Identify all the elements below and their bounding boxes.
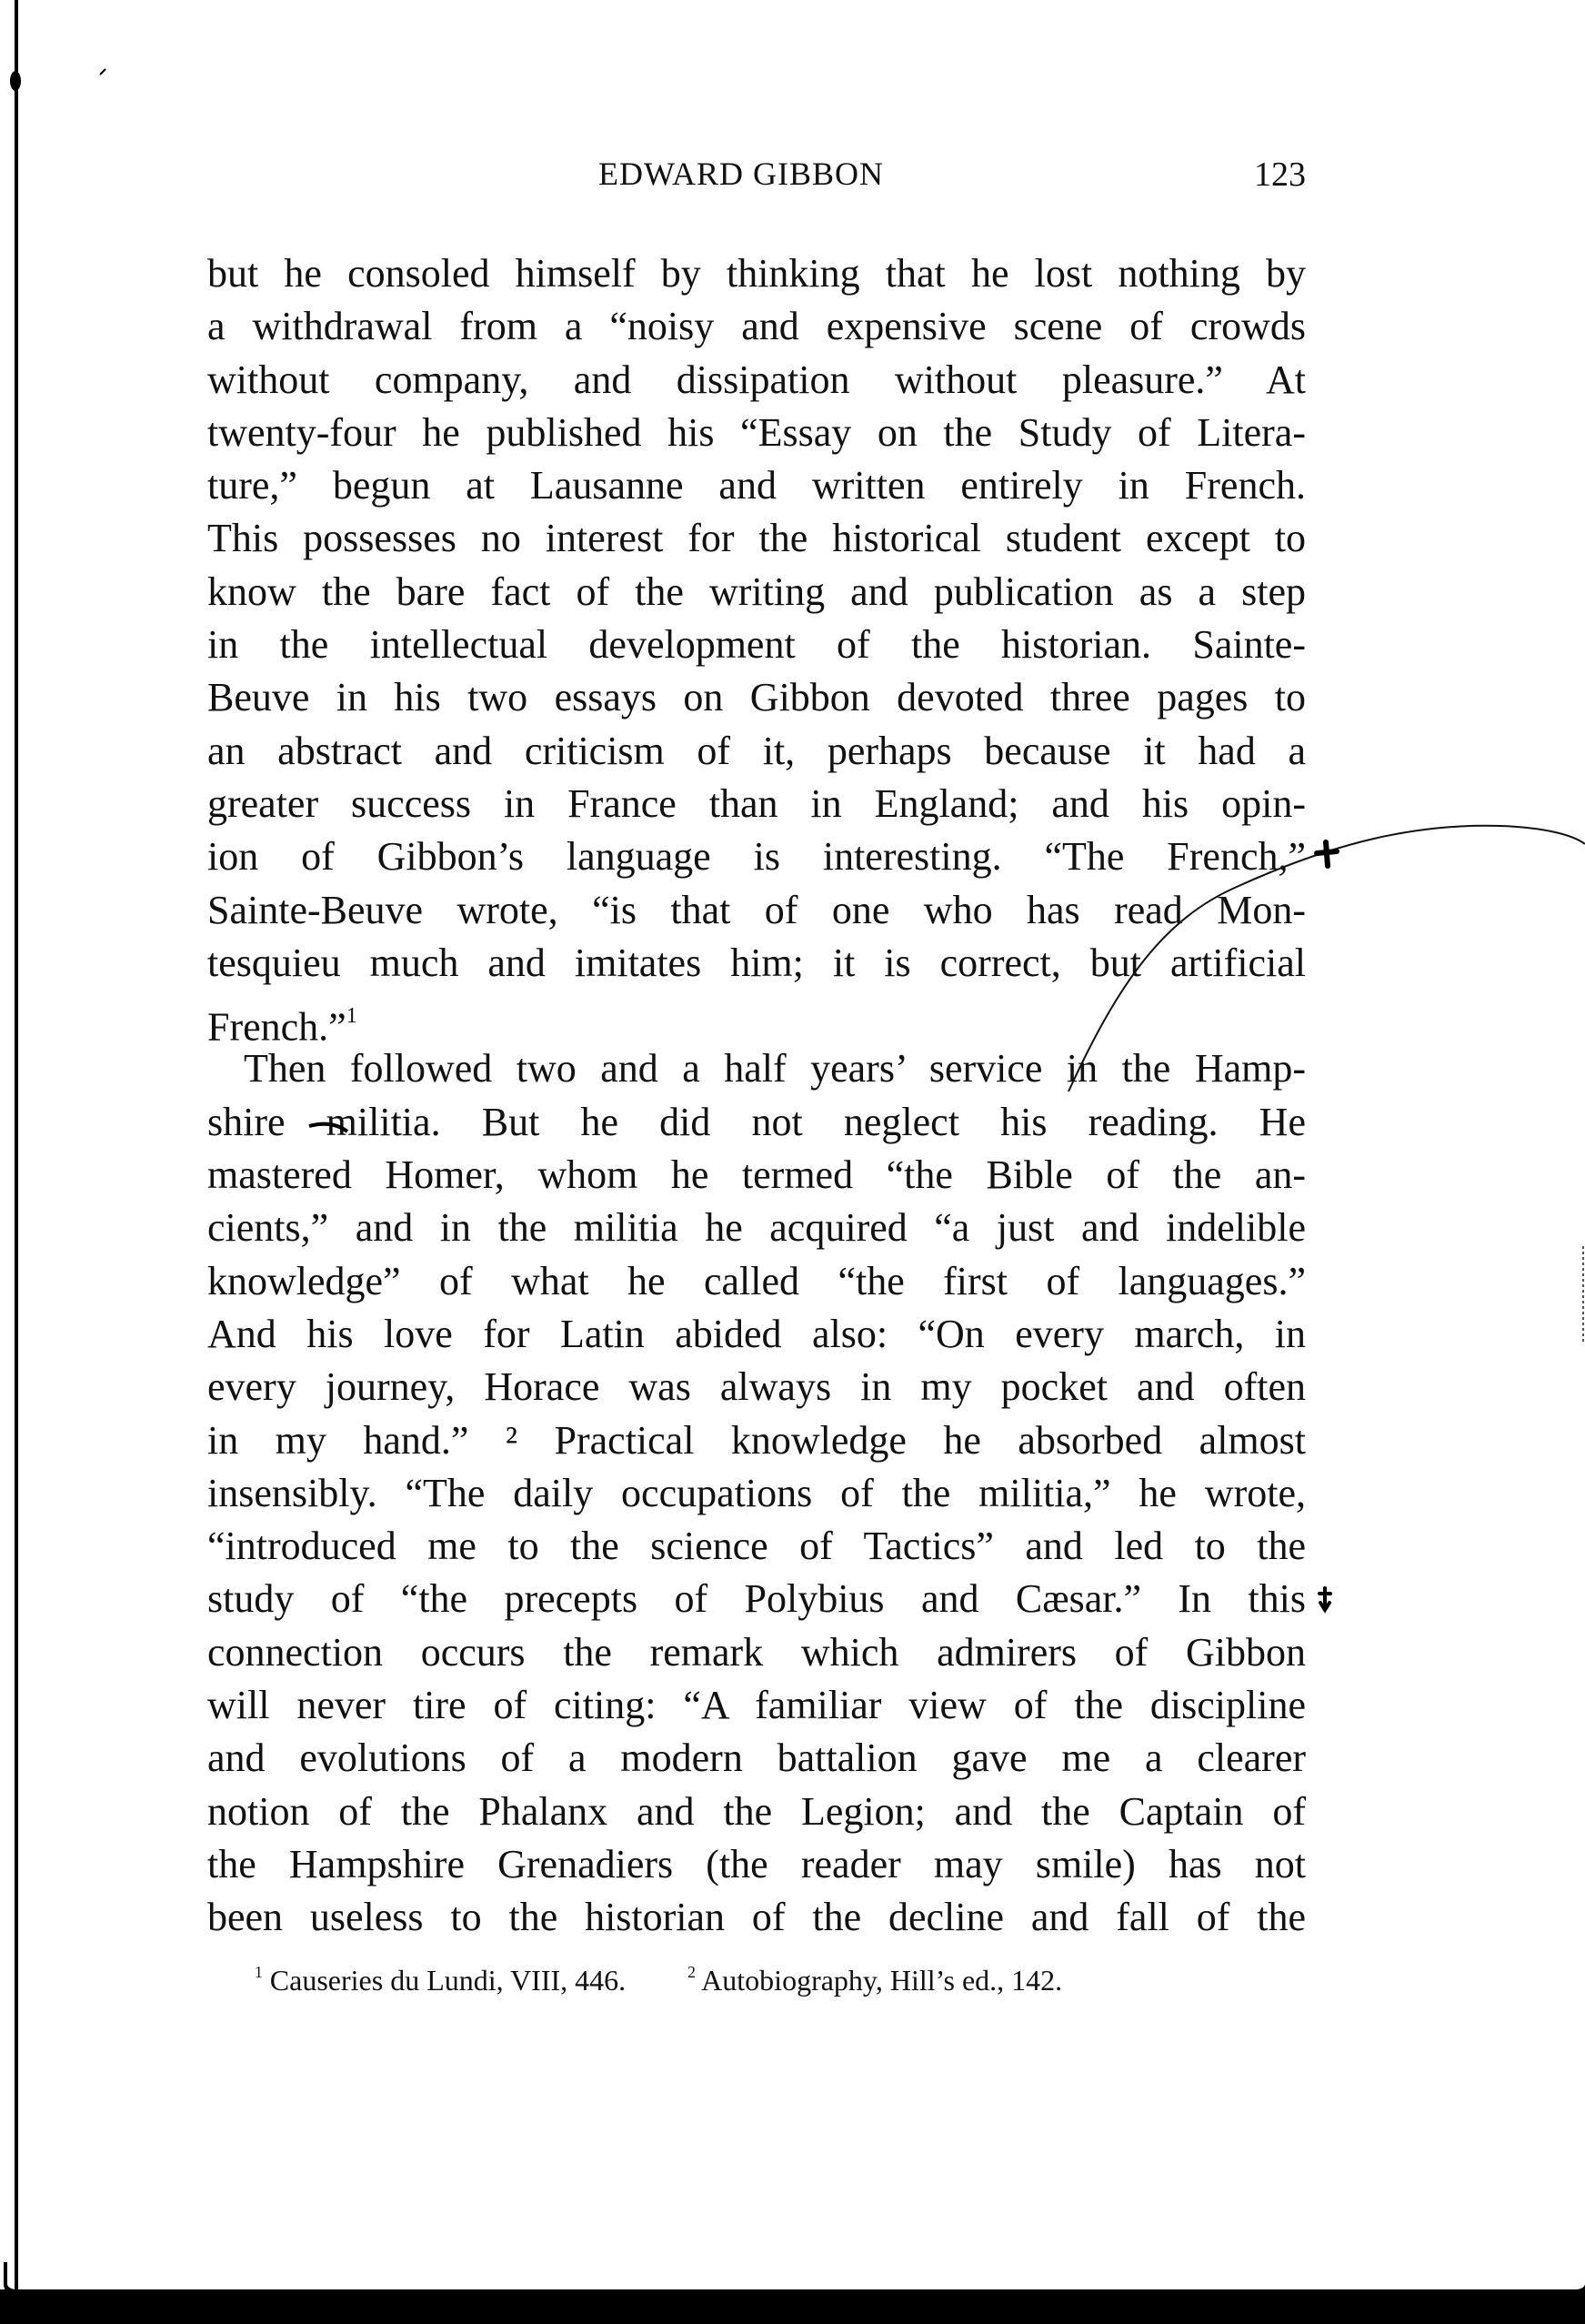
cross-mark-icon (1317, 842, 1337, 866)
page-edge-bottom (0, 2289, 1585, 2324)
margin-tick (100, 69, 105, 75)
arrow-down-mark-icon (1319, 1588, 1330, 1610)
scanned-page: EDWARD GIBBON 123 but he consoled himsel… (0, 0, 1585, 2324)
underline-stroke (309, 1124, 347, 1132)
pencil-annotations (0, 0, 1585, 2324)
